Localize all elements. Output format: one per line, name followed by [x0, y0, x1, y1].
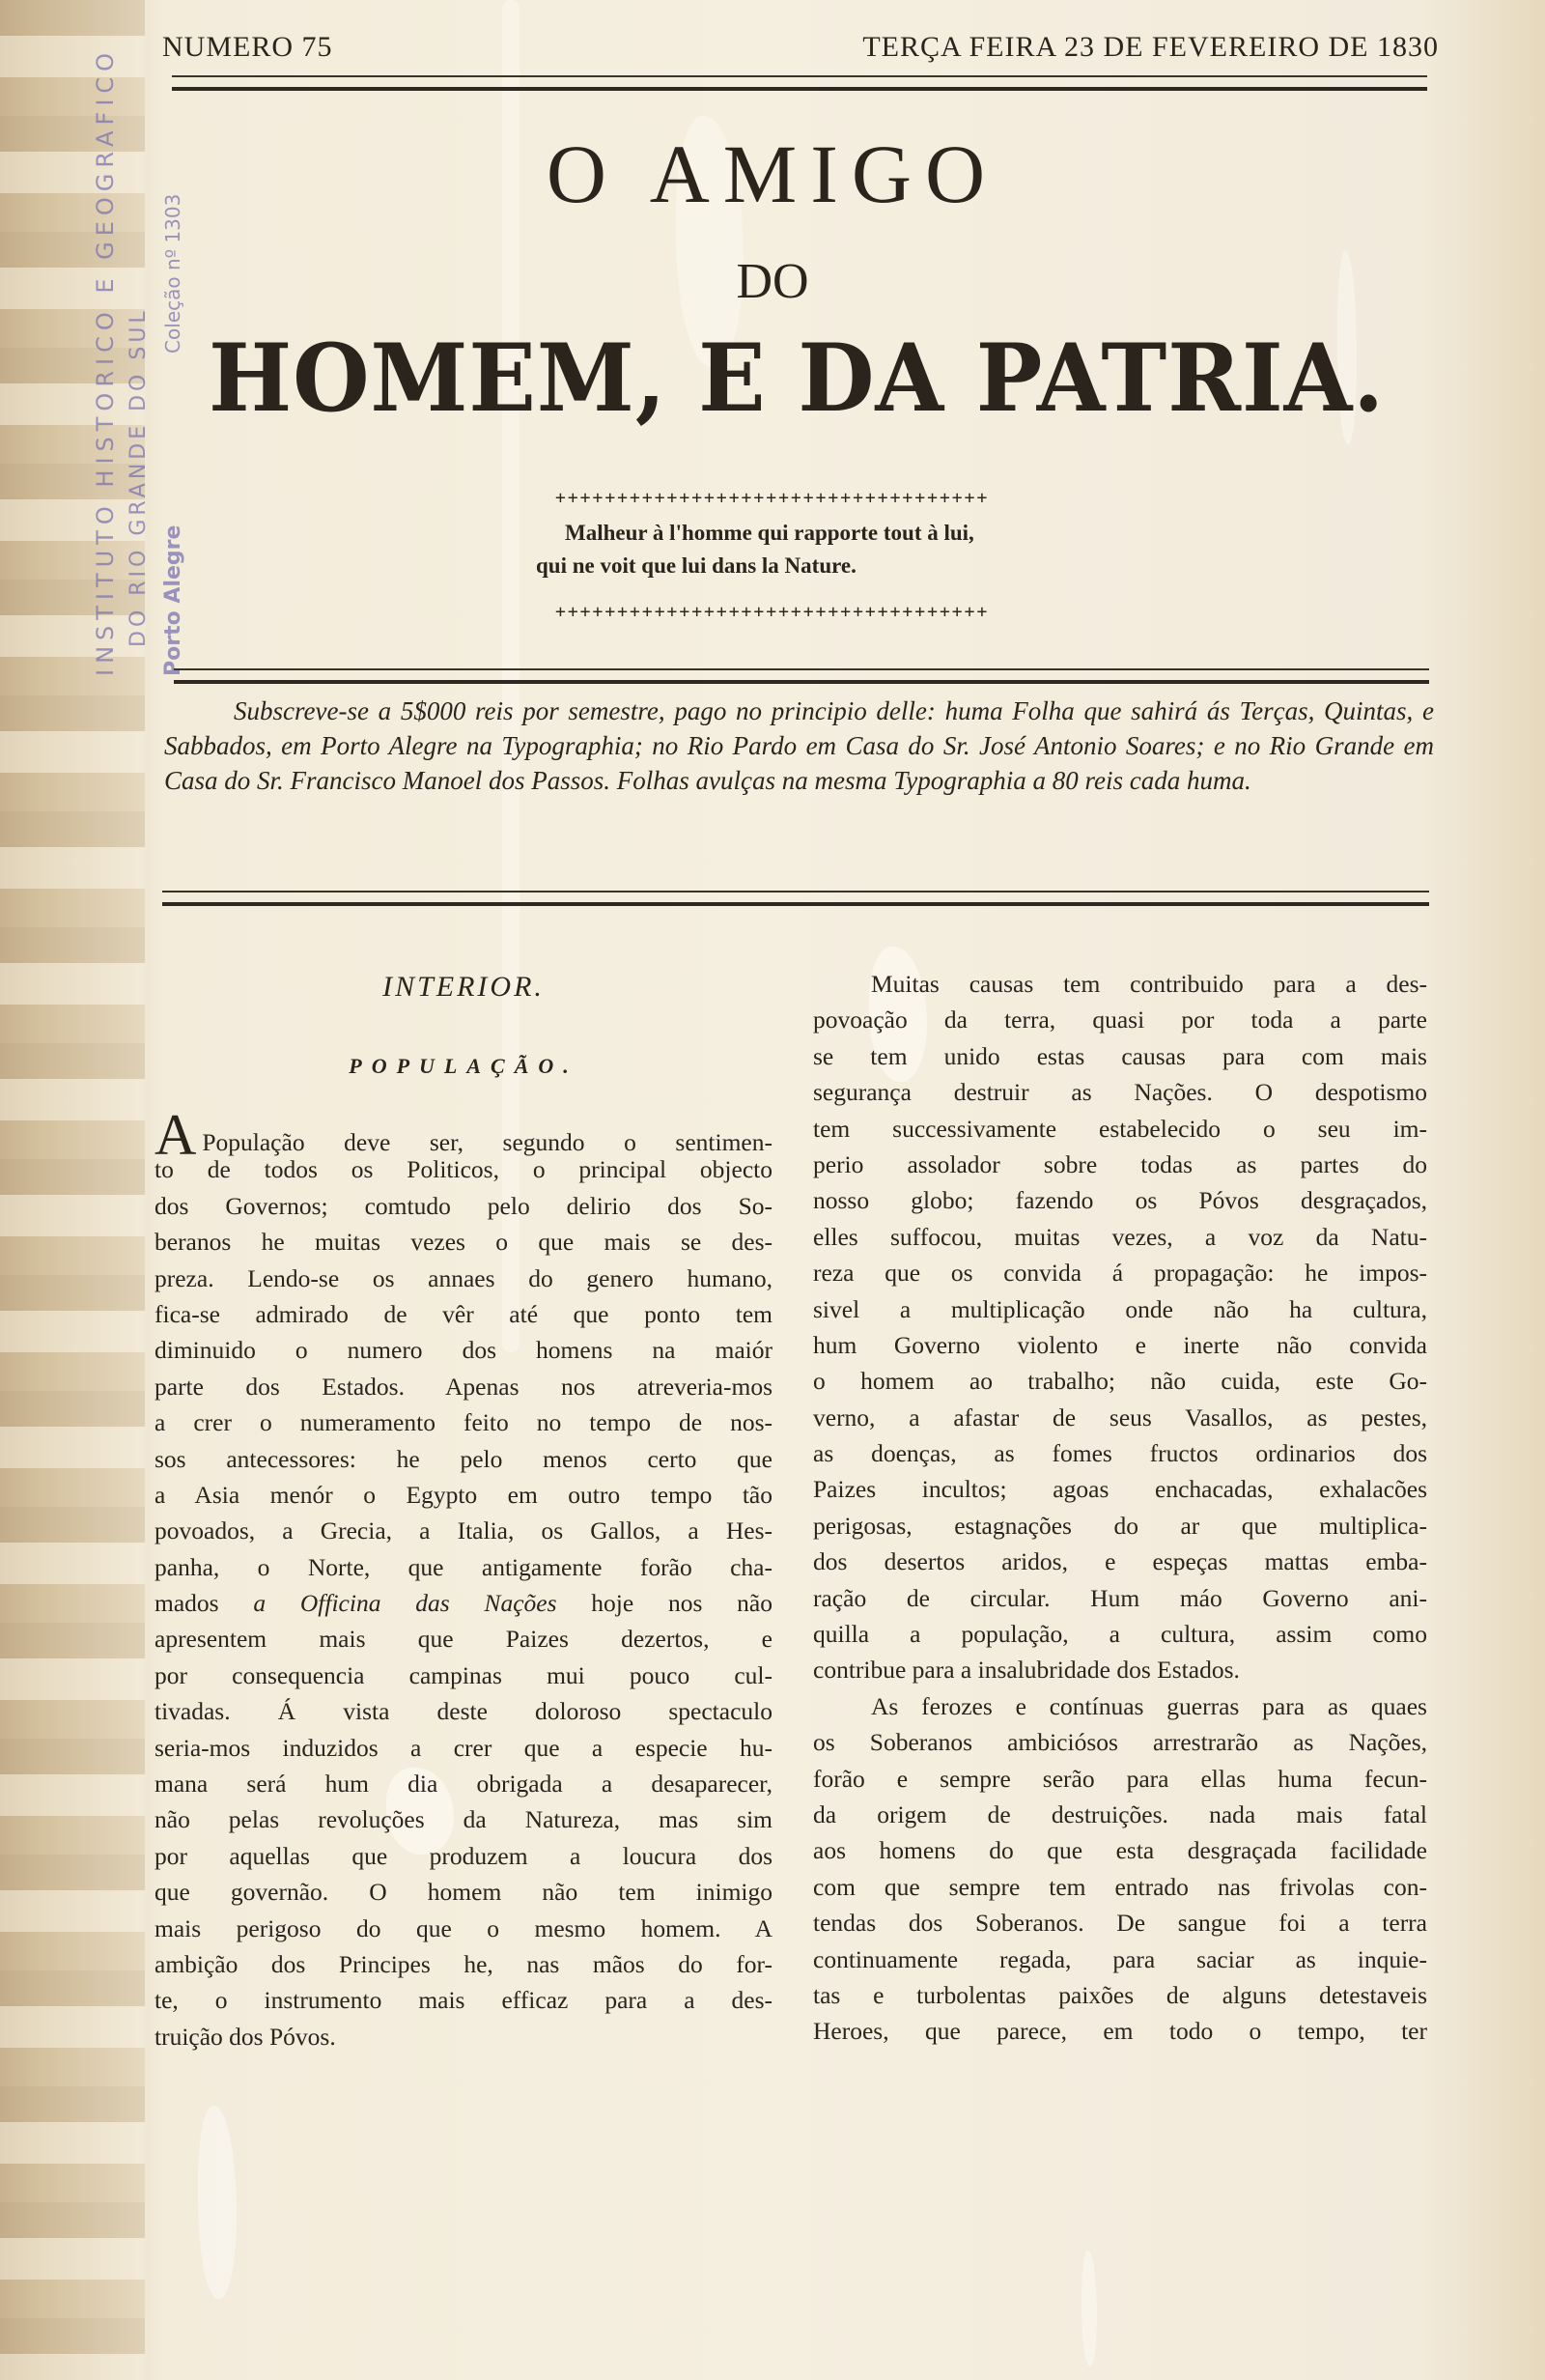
- article-line: Heroes, que parece, em todo o tempo, ter: [813, 2013, 1427, 2049]
- article-line: por aquellas que produzem a loucura dos: [154, 1838, 772, 1874]
- epigraph-line-2: qui ne voit que lui dans la Nature.: [536, 550, 1077, 582]
- article-line: Muitas causas tem contribuido para a des…: [813, 966, 1427, 1002]
- article-line: mais perigoso do que o mesmo homem. A: [154, 1911, 772, 1946]
- issue-header: NUMERO 75 TERÇA FEIRA 23 DE FEVEREIRO DE…: [162, 31, 1439, 70]
- article-line: diminuido o numero dos homens na maiór: [154, 1332, 772, 1368]
- masthead-line-2: DO: [0, 253, 1545, 310]
- article-line: quilla a população, a cultura, assim com…: [813, 1616, 1427, 1652]
- issue-date: TERÇA FEIRA 23 DE FEVEREIRO DE 1830: [862, 31, 1439, 64]
- article-line: tendas dos Soberanos. De sangue foi a te…: [813, 1905, 1427, 1941]
- article-line: preza. Lendo-se os annaes do genero huma…: [154, 1261, 772, 1296]
- article-line: As ferozes e contínuas guerras para as q…: [813, 1688, 1427, 1724]
- article-line: as doenças, as fomes fructos ordinarios …: [813, 1435, 1427, 1471]
- article-line: nosso globo; fazendo os Póvos desgraçado…: [813, 1182, 1427, 1218]
- ornament-rule-bottom: +++++++++++++++++++++++++++++++++++: [555, 602, 1048, 621]
- stamp-region: DO RIO GRANDE DO SUL: [126, 307, 151, 647]
- article-line: seria-mos induzidos a crer que a especie…: [154, 1730, 772, 1766]
- article-line: forão e sempre serão para ellas huma fec…: [813, 1761, 1427, 1797]
- article-line: APopulação deve ser, segundo o sentimen-: [154, 1116, 772, 1151]
- article-line: parte dos Estados. Apenas nos atreveria-…: [154, 1369, 772, 1404]
- paper-damage: [198, 2106, 237, 2299]
- article-line: sos antecessores: he pelo menos certo qu…: [154, 1441, 772, 1477]
- article-line: te, o instrumento mais efficaz para a de…: [154, 1982, 772, 2018]
- line-text: mados: [154, 1589, 253, 1617]
- article-title: POPULAÇÃO.: [154, 1048, 772, 1087]
- line-text: hoje nos não: [557, 1589, 772, 1617]
- masthead-line-3: HOMEM, E DA PATRIA.: [191, 324, 1402, 433]
- article-line: ração de circular. Hum máo Governo ani-: [813, 1580, 1427, 1616]
- header-rule: [172, 75, 1427, 91]
- article-line: verno, a afastar de seus Vasallos, as pe…: [813, 1400, 1427, 1435]
- article-line: tivadas. Á vista deste doloroso spectacu…: [154, 1693, 772, 1729]
- italic-phrase: a Officina das Nações: [253, 1589, 556, 1617]
- article-line: continuamente regada, para saciar as inq…: [813, 1941, 1427, 1977]
- section-heading: INTERIOR.: [154, 969, 772, 1007]
- article-line: Paizes incultos; agoas enchacadas, exhal…: [813, 1471, 1427, 1507]
- article-line: panha, o Norte, que antigamente forão ch…: [154, 1549, 772, 1585]
- newspaper-page: INSTITUTO HISTORICO E GEOGRAFICO DO RIO …: [0, 0, 1545, 2380]
- article-line: dos Governos; comtudo pelo delirio dos S…: [154, 1188, 772, 1224]
- article-line: perigosas, estagnações do ar que multipl…: [813, 1508, 1427, 1544]
- article-line: segurança destruir as Nações. O despotis…: [813, 1074, 1427, 1110]
- article-line: beranos he muitas vezes o que mais se de…: [154, 1224, 772, 1260]
- article-line: elles suffocou, muitas vezes, a voz da N…: [813, 1219, 1427, 1255]
- article-line: por consequencia campinas mui pouco cul-: [154, 1657, 772, 1693]
- article-line: to de todos os Politicos, o principal ob…: [154, 1151, 772, 1187]
- article-line: mana será hum dia obrigada a desaparecer…: [154, 1766, 772, 1801]
- article-column-right: Muitas causas tem contribuido para a des…: [813, 966, 1427, 2050]
- stamp-city-label: Porto Alegre: [161, 525, 185, 676]
- article-line: tas e turbolentas paixões de alguns dete…: [813, 1977, 1427, 2013]
- article-line: com que sempre tem entrado nas frivolas …: [813, 1869, 1427, 1905]
- article-line: mados a Officina das Nações hoje nos não: [154, 1585, 772, 1621]
- subscription-rule: [162, 891, 1429, 906]
- article-line: ambição dos Principes he, nas mãos do fo…: [154, 1946, 772, 1982]
- article-line: a crer o numeramento feito no tempo de n…: [154, 1404, 772, 1440]
- article-line: fica-se admirado de vêr até que ponto te…: [154, 1296, 772, 1332]
- article-line: tem successivamente estabelecido o seu i…: [813, 1111, 1427, 1147]
- ornament-rule-top: +++++++++++++++++++++++++++++++++++: [555, 488, 1048, 507]
- masthead-line-1: O AMIGO: [0, 126, 1545, 222]
- article-line: a Asia menór o Egypto em outro tempo tão: [154, 1477, 772, 1513]
- article-line: dos desertos aridos, e espeças mattas em…: [813, 1544, 1427, 1579]
- subscription-notice: Subscreve-se a 5$000 reis por semestre, …: [164, 694, 1434, 798]
- article-line: apresentem mais que Paizes dezertos, e: [154, 1621, 772, 1657]
- article-line: perio assolador sobre todas as partes do: [813, 1147, 1427, 1182]
- article-line: reza que os convida á propagação: he imp…: [813, 1255, 1427, 1290]
- article-line: sivel a multiplicação onde não ha cultur…: [813, 1291, 1427, 1327]
- article-line: o homem ao trabalho; não cuida, este Go-: [813, 1363, 1427, 1399]
- article-line: truição dos Póvos.: [154, 2019, 772, 2054]
- article-line: os Soberanos ambiciósos arrestrarão as N…: [813, 1724, 1427, 1760]
- epigraph: Malheur à l'homme qui rapporte tout à lu…: [536, 517, 1077, 582]
- epigraph-line-1: Malheur à l'homme qui rapporte tout à lu…: [536, 517, 1077, 550]
- article-line: contribue para a insalubridade dos Estad…: [813, 1652, 1427, 1687]
- article-line: povoados, a Grecia, a Italia, os Gallos,…: [154, 1513, 772, 1548]
- paper-damage: [1081, 2251, 1097, 2366]
- article-line: se tem unido estas causas para com mais: [813, 1038, 1427, 1074]
- article-line: da origem de destruições. nada mais fata…: [813, 1797, 1427, 1832]
- article-column-left: INTERIOR. POPULAÇÃO. APopulação deve ser…: [154, 951, 772, 2054]
- article-line: povoação da terra, quasi por toda a part…: [813, 1002, 1427, 1037]
- issue-number: NUMERO 75: [162, 31, 333, 64]
- article-line: que governão. O homem não tem inimigo: [154, 1874, 772, 1910]
- article-line: hum Governo violento e inerte não convid…: [813, 1327, 1427, 1363]
- article-line: não pelas revoluções da Natureza, mas si…: [154, 1801, 772, 1837]
- masthead-rule: [174, 668, 1429, 684]
- article-line: aos homens do que esta desgraçada facili…: [813, 1832, 1427, 1868]
